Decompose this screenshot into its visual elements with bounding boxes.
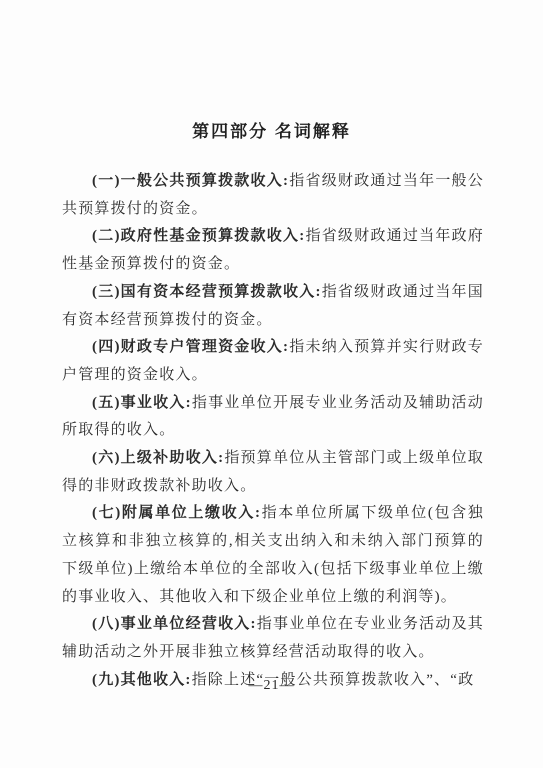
term-label: (五)事业收入: [92,395,192,411]
definition-paragraph-8: (八)事业单位经营收入:指事业单位在专业业务活动及其辅助活动之外开展非独立核算经… [62,611,484,666]
definition-paragraph-2: (二)政府性基金预算拨款收入:指省级财政通过当年政府性基金预算拨付的资金。 [62,223,484,278]
definition-paragraph-3: (三)国有资本经营预算拨款收入:指省级财政通过当年国有资本经营预算拨付的资金。 [62,279,484,334]
term-label: (七)附属单位上缴收入: [92,505,261,521]
page-title: 第四部分 名词解释 [0,117,543,142]
definition-paragraph-1: (一)一般公共预算拨款收入:指省级财政通过当年一般公共预算拨付的资金。 [62,168,484,223]
term-label: (四)财政专户管理资金收入: [92,339,289,355]
definition-paragraph-7: (七)附属单位上缴收入:指本单位所属下级单位(包含独立核算和非独立核算的,相关支… [62,500,484,611]
page-number: —21— [0,678,543,694]
term-label: (三)国有资本经营预算拨款收入: [92,284,322,300]
term-label: (二)政府性基金预算拨款收入: [92,228,305,244]
term-label: (八)事业单位经营收入: [92,616,257,632]
term-label: (六)上级补助收入: [92,450,224,466]
definition-paragraph-4: (四)财政专户管理资金收入:指未纳入预算并实行财政专户管理的资金收入。 [62,334,484,389]
definition-paragraph-5: (五)事业收入:指事业单位开展专业业务活动及辅助活动所取得的收入。 [62,390,484,445]
term-label: (一)一般公共预算拨款收入: [92,173,289,189]
document-page: 第四部分 名词解释 (一)一般公共预算拨款收入:指省级财政通过当年一般公共预算拨… [0,0,543,768]
document-body: (一)一般公共预算拨款收入:指省级财政通过当年一般公共预算拨付的资金。 (二)政… [62,168,484,694]
definition-paragraph-6: (六)上级补助收入:指预算单位从主管部门或上级单位取得的非财政拨款补助收入。 [62,445,484,500]
